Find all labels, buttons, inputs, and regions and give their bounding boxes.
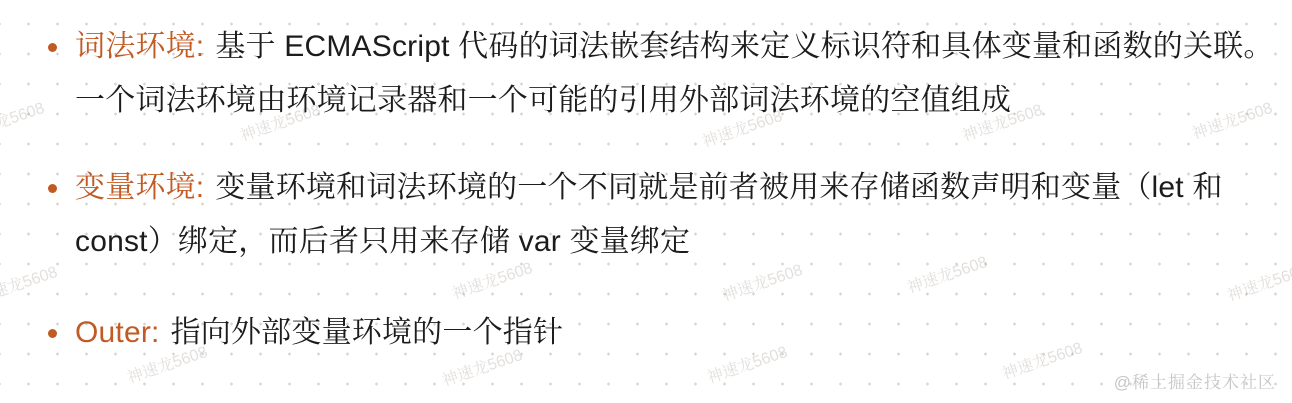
term-outer: Outer:	[75, 316, 160, 349]
site-credit-watermark: @稀土掘金技术社区	[1114, 368, 1276, 393]
bullet-icon	[48, 329, 57, 338]
bullet-icon	[48, 43, 57, 52]
term-lexical-environment: 词法环境:	[75, 30, 204, 63]
term-description: 指向外部变量环境的一个指针	[171, 316, 564, 349]
list-item-lexical-environment: 词法环境:基于 ECMAScript 代码的词法嵌套结构来定义标识符和具体变量和…	[75, 20, 1278, 128]
list-item-outer: Outer:指向外部变量环境的一个指针	[75, 306, 1278, 360]
list-item-variable-environment: 变量环境:变量环境和词法环境的一个不同就是前者被用来存储函数声明和变量（let …	[75, 161, 1278, 269]
definition-list: 词法环境:基于 ECMAScript 代码的词法嵌套结构来定义标识符和具体变量和…	[0, 0, 1292, 360]
term-variable-environment: 变量环境:	[75, 171, 204, 204]
term-description: 变量环境和词法环境的一个不同就是前者被用来存储函数声明和变量（let 和 con…	[75, 171, 1223, 258]
term-description: 基于 ECMAScript 代码的词法嵌套结构来定义标识符和具体变量和函数的关联…	[75, 30, 1274, 117]
bullet-icon	[48, 184, 57, 193]
